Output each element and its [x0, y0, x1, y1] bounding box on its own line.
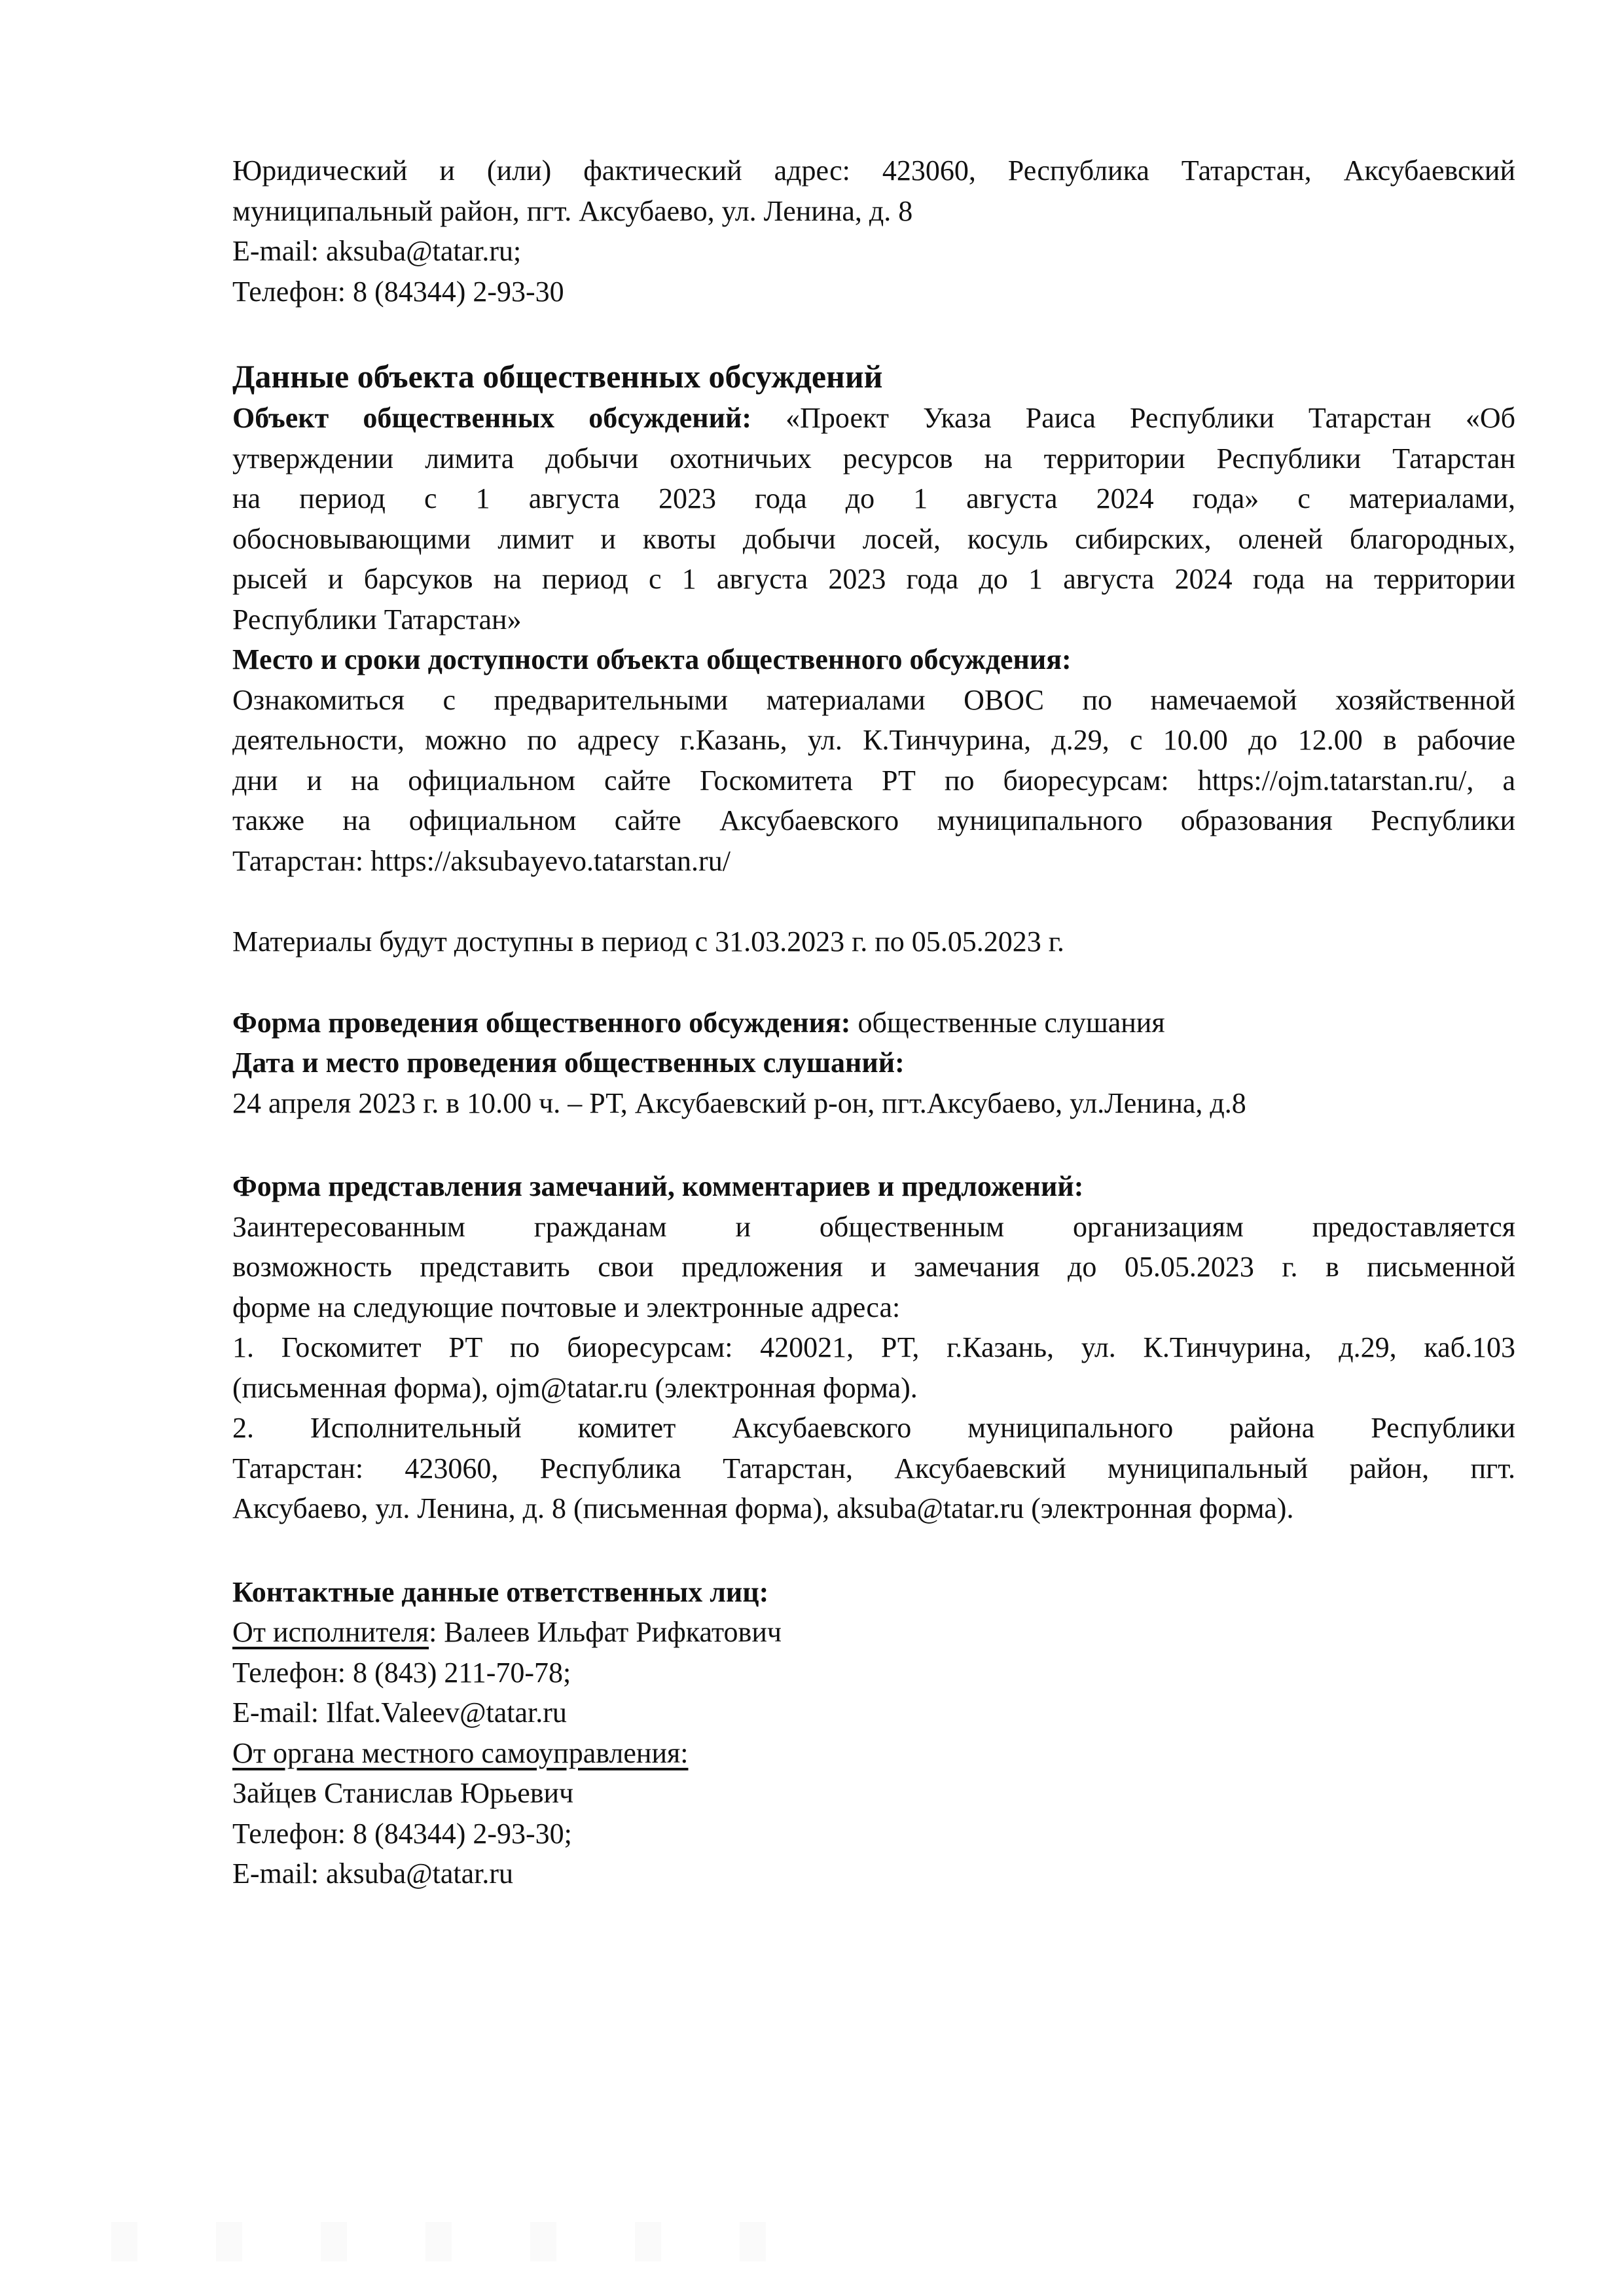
- local-gov-email: E-mail: aksuba@tatar.ru: [232, 1854, 1515, 1894]
- comments-intro: Заинтересованным гражданам и общественны…: [232, 1207, 1515, 1247]
- comments-intro: форме на следующие почтовые и электронны…: [232, 1287, 1515, 1328]
- materials-period: Материалы будут доступны в период с 31.0…: [232, 922, 1515, 962]
- comments-label: Форма представления замечаний, комментар…: [232, 1166, 1515, 1207]
- discussion-form-value: общественные слушания: [850, 1007, 1164, 1039]
- availability-text: Ознакомиться с предварительными материал…: [232, 680, 1515, 721]
- address-item-2: Аксубаево, ул. Ленина, д. 8 (письменная …: [232, 1488, 1515, 1529]
- document-page: Юридический и (или) фактический адрес: 4…: [232, 151, 1515, 1894]
- address-item-1: 1. Госкомитет РТ по биоресурсам: 420021,…: [232, 1327, 1515, 1368]
- contacts-heading: Контактные данные ответственных лиц:: [232, 1572, 1515, 1613]
- executor-phone: Телефон: 8 (843) 211-70-78;: [232, 1653, 1515, 1693]
- comments-section: Форма представления замечаний, комментар…: [232, 1166, 1515, 1529]
- object-text: на период с 1 августа 2023 года до 1 авг…: [232, 478, 1515, 519]
- executor-name: : Валеев Ильфат Рифкатович: [429, 1616, 782, 1648]
- address-item-1: (письменная форма), ojm@tatar.ru (электр…: [232, 1368, 1515, 1408]
- object-label: Объект общественных обсуждений:: [232, 402, 751, 434]
- hearing-date-value: 24 апреля 2023 г. в 10.00 ч. – РТ, Аксуб…: [232, 1083, 1515, 1124]
- discussion-form-line: Форма проведения общественного обсуждени…: [232, 1003, 1515, 1043]
- legal-address-line: Юридический и (или) фактический адрес: 4…: [232, 151, 1515, 191]
- scan-artifact: [111, 2222, 831, 2261]
- section-heading: Данные объекта общественных обсуждений: [232, 355, 1515, 398]
- address-item-2: Татарстан: 423060, Республика Татарстан,…: [232, 1448, 1515, 1489]
- object-line: Объект общественных обсуждений: «Проект …: [232, 398, 1515, 439]
- executor-label: От исполнителя: [232, 1616, 429, 1648]
- address-block: Юридический и (или) фактический адрес: 4…: [232, 151, 1515, 312]
- availability-text: также на официальном сайте Аксубаевского…: [232, 800, 1515, 841]
- organizer-email: E-mail: aksuba@tatar.ru;: [232, 231, 1515, 272]
- availability-label: Место и сроки доступности объекта общест…: [232, 639, 1515, 680]
- object-text: рысей и барсуков на период с 1 августа 2…: [232, 559, 1515, 600]
- legal-address-line: муниципальный район, пгт. Аксубаево, ул.…: [232, 191, 1515, 232]
- availability-text: Татарстан: https://aksubayevo.tatarstan.…: [232, 841, 1515, 882]
- hearing-date-label: Дата и место проведения общественных слу…: [232, 1043, 1515, 1083]
- object-section: Данные объекта общественных обсуждений О…: [232, 355, 1515, 962]
- executor-email: E-mail: Ilfat.Valeev@tatar.ru: [232, 1693, 1515, 1733]
- availability-text: дни и на официальном сайте Госкомитета Р…: [232, 761, 1515, 801]
- discussion-form-section: Форма проведения общественного обсуждени…: [232, 1003, 1515, 1124]
- object-text: «Проект Указа Раиса Республики Татарстан…: [785, 402, 1515, 434]
- discussion-form-label: Форма проведения общественного обсуждени…: [232, 1007, 850, 1039]
- object-text: обосновывающими лимит и квоты добычи лос…: [232, 519, 1515, 560]
- object-text: Республики Татарстан»: [232, 600, 1515, 640]
- local-gov-phone: Телефон: 8 (84344) 2-93-30;: [232, 1814, 1515, 1854]
- local-gov-line: От органа местного самоуправления:: [232, 1733, 1515, 1774]
- comments-intro: возможность представить свои предложения…: [232, 1247, 1515, 1287]
- object-text: утверждении лимита добычи охотничьих рес…: [232, 439, 1515, 479]
- address-item-2: 2. Исполнительный комитет Аксубаевского …: [232, 1408, 1515, 1448]
- executor-line: От исполнителя: Валеев Ильфат Рифкатович: [232, 1612, 1515, 1653]
- local-gov-name: Зайцев Станислав Юрьевич: [232, 1773, 1515, 1814]
- availability-text: деятельности, можно по адресу г.Казань, …: [232, 720, 1515, 761]
- contacts-section: Контактные данные ответственных лиц: От …: [232, 1572, 1515, 1894]
- local-gov-label: От органа местного самоуправления:: [232, 1737, 688, 1769]
- organizer-phone: Телефон: 8 (84344) 2-93-30: [232, 272, 1515, 312]
